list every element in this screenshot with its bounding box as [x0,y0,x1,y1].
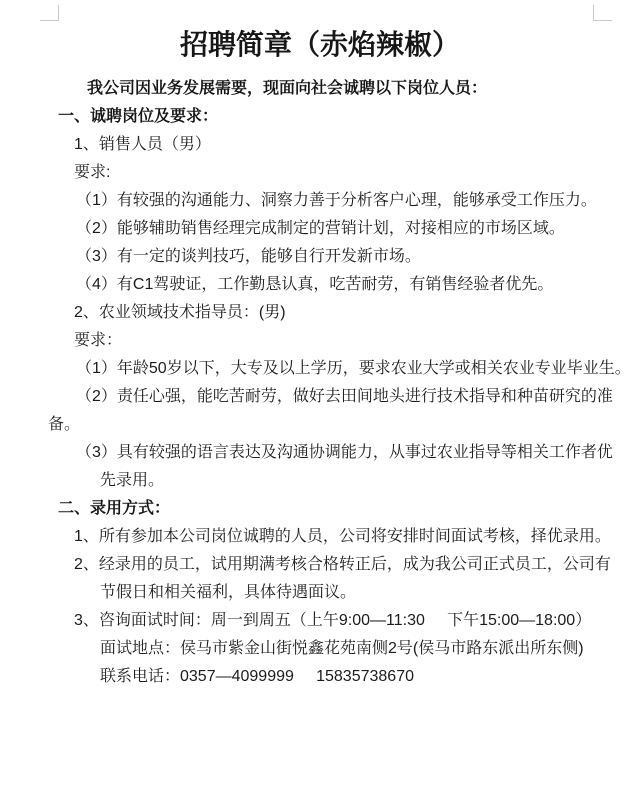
text-line: 1、销售人员（男） [0,131,640,159]
text-line: （3）有一定的谈判技巧，能够自行开发新市场。 [0,243,640,271]
text-line: （1）年龄50岁以下，大专及以上学历，要求农业大学或相关农业专业毕业生。 [0,355,640,383]
text-line: 2、农业领域技术指导员：(男) [0,299,640,327]
text-line: 备。 [0,411,640,439]
text-line: （2）能够辅助销售经理完成制定的营销计划，对接相应的市场区域。 [0,215,640,243]
text-line: 要求: [0,159,640,187]
text-line: 面试地点：侯马市紫金山街悦鑫花苑南侧2号(侯马市路东派出所东侧) [0,635,640,663]
text-line: 先录用。 [0,467,640,495]
text-line: （3）具有较强的语言表达及沟通协调能力，从事过农业指导等相关工作者优 [0,439,640,467]
text-line: 节假日和相关福利，具体待遇面议。 [0,579,640,607]
text-line: 要求： [0,327,640,355]
text-line: 2、经录用的员工，试用期满考核合格转正后，成为我公司正式员工，公司有 [0,551,640,579]
text-line: 3、咨询面试时间：周一到周五（上午9:00—11:30 下午15:00—18:0… [0,607,640,635]
text-line: （2）责任心强，能吃苦耐劳，做好去田间地头进行技术指导和种苗研究的准 [0,383,640,411]
text-line: 1、所有参加本公司岗位诚聘的人员，公司将安排时间面试考核，择优录用。 [0,523,640,551]
text-line: （1）有较强的沟通能力、洞察力善于分析客户心理，能够承受工作压力。 [0,187,640,215]
text-line: 我公司因业务发展需要，现面向社会诚聘以下岗位人员： [0,75,640,103]
page-margin-mark-top-left [40,5,59,21]
document-body: 我公司因业务发展需要，现面向社会诚聘以下岗位人员：一、诚聘岗位及要求：1、销售人… [0,75,640,691]
text-line: （4）有C1驾驶证，工作勤恳认真，吃苦耐劳，有销售经验者优先。 [0,271,640,299]
page-title: 招聘简章（赤焰辣椒） [0,26,640,64]
text-line: 一、诚聘岗位及要求： [0,103,640,131]
document-page: 招聘简章（赤焰辣椒） 我公司因业务发展需要，现面向社会诚聘以下岗位人员：一、诚聘… [0,0,640,789]
text-line: 联系电话：0357—4099999 15835738670 [0,663,640,691]
text-line: 二、录用方式： [0,495,640,523]
page-margin-mark-top-right [593,5,612,21]
